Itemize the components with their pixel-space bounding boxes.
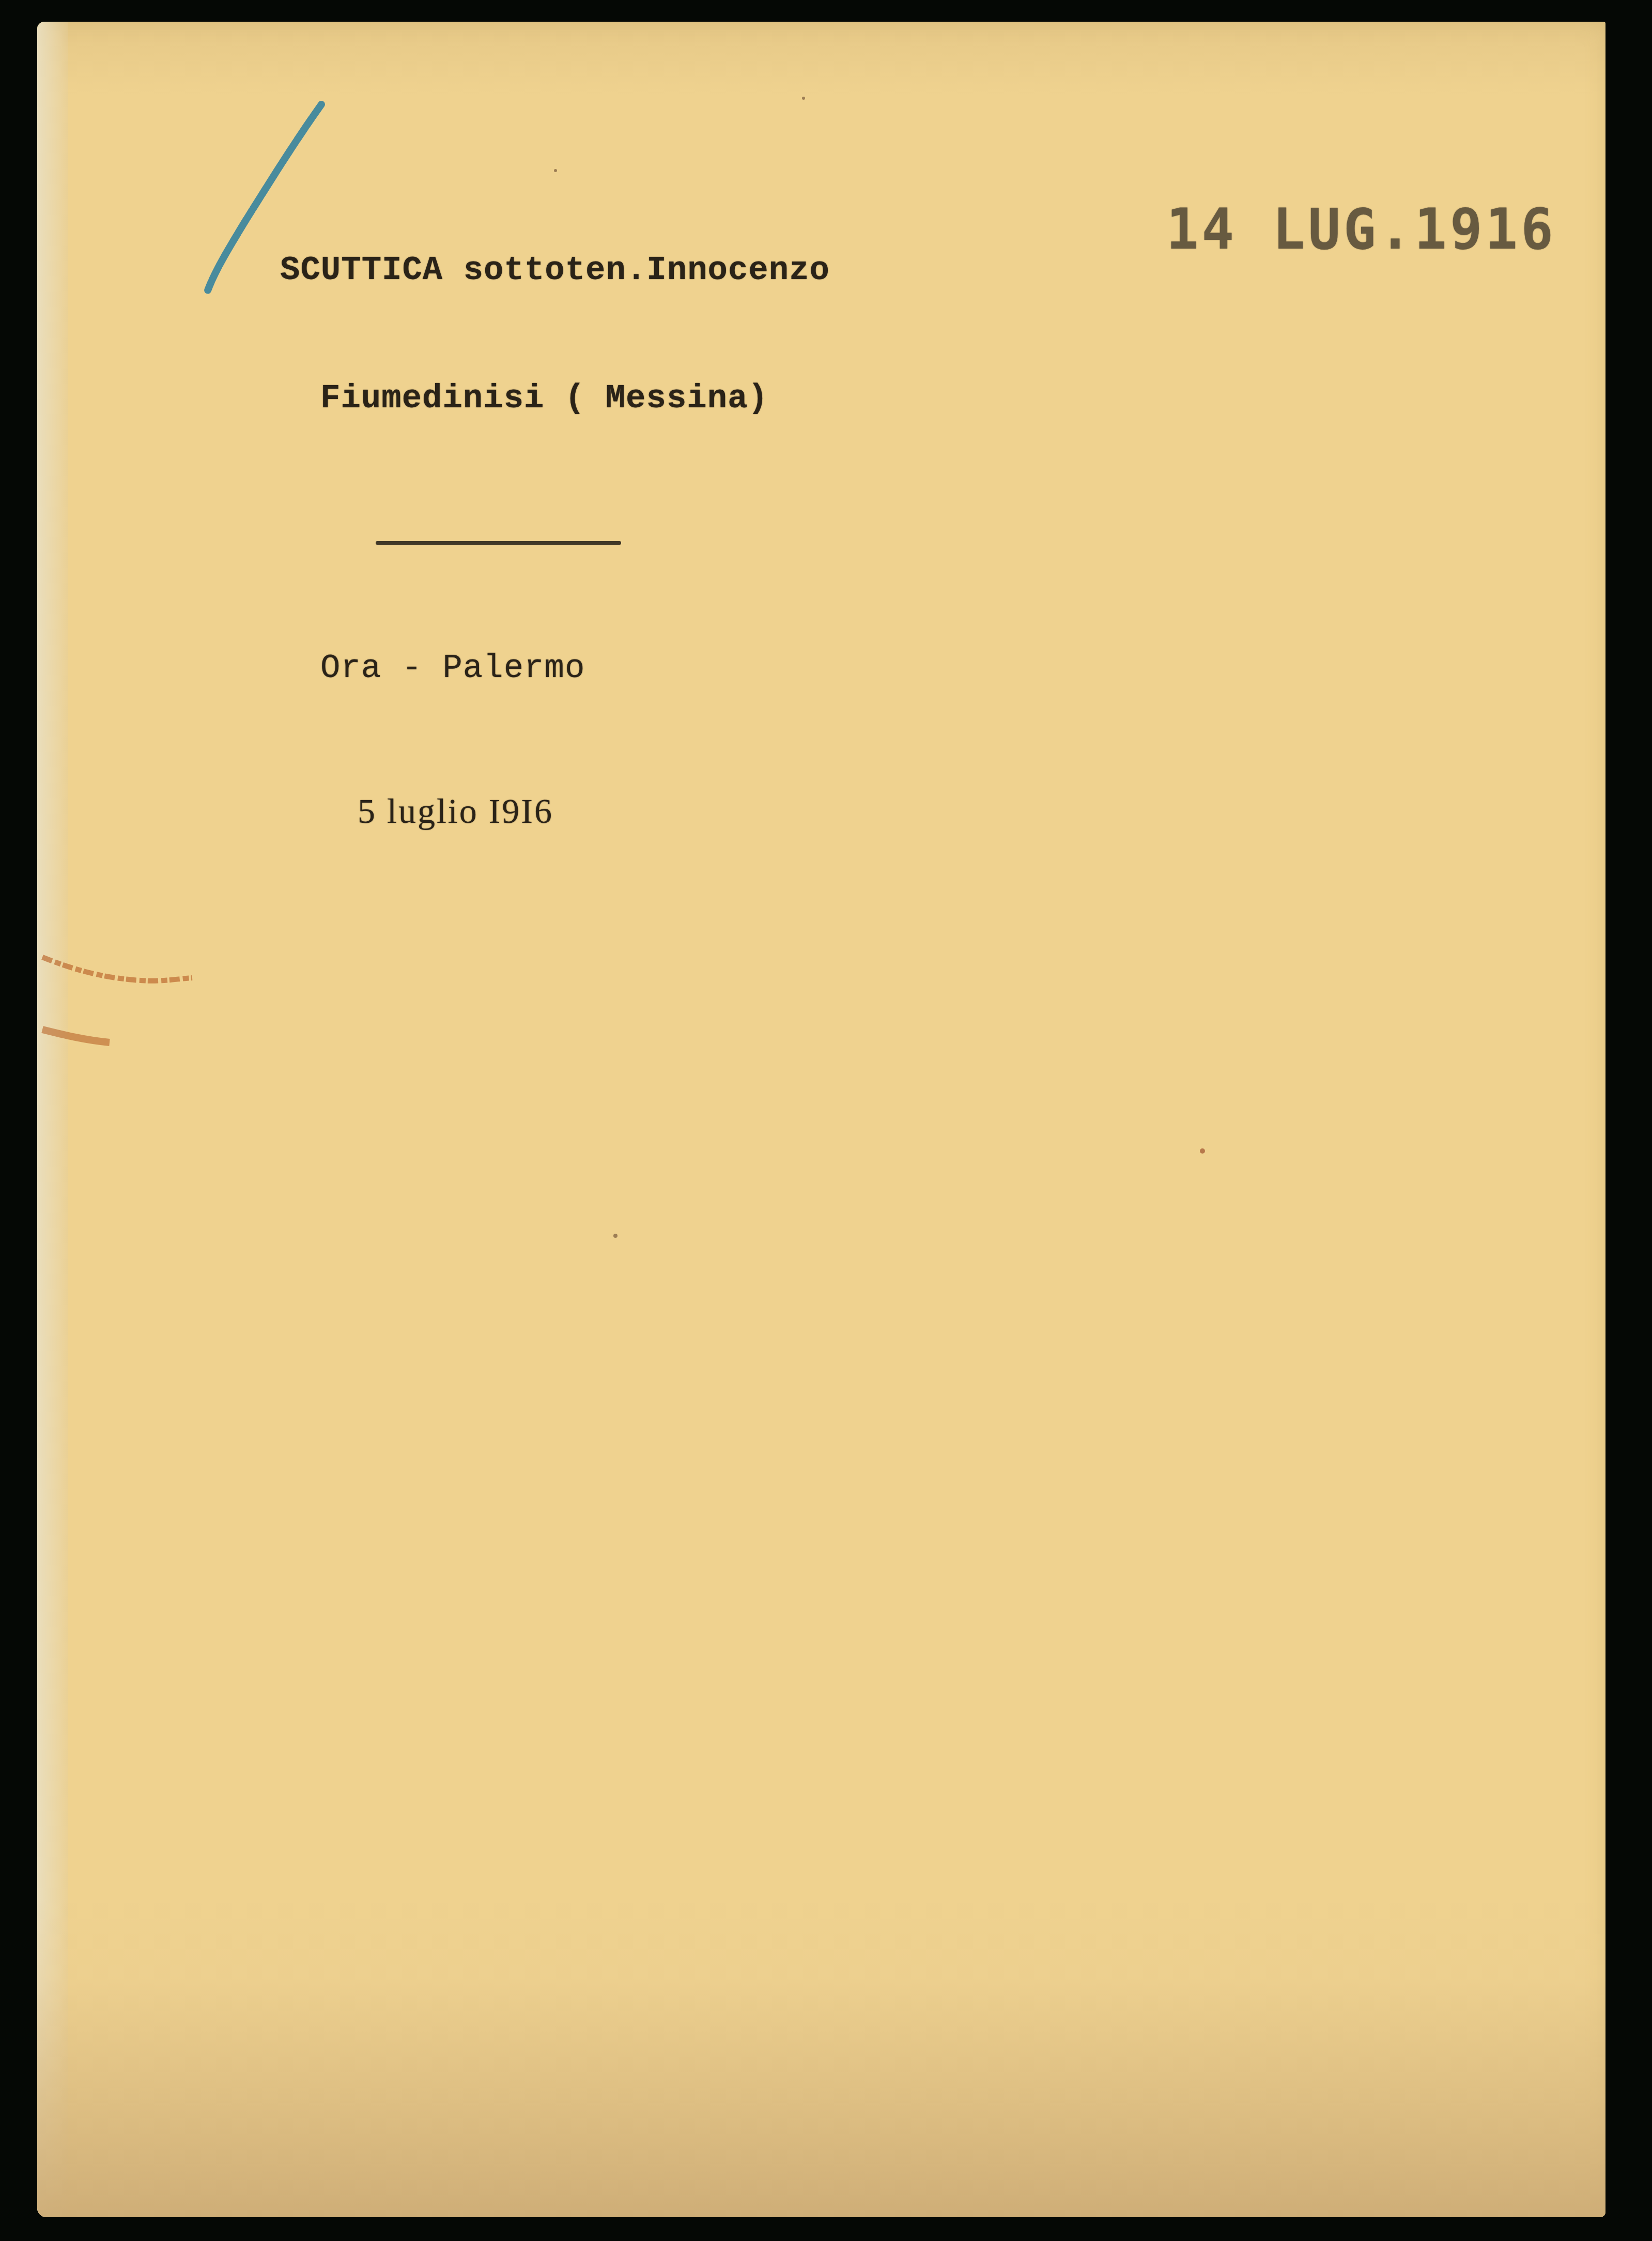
document-card: SCUTTICA sottoten.Innocenzo 14 LUG.1916 … [37,22,1605,2217]
current-location-line: Ora - Palermo [320,650,585,687]
separator-rule [376,541,621,545]
paper-speck [1200,1148,1205,1154]
rust-stain-icon [37,937,203,1061]
paper-speck [554,169,557,172]
origin-line: Fiumedinisi ( Messina) [320,380,768,418]
worn-edge [37,22,68,2217]
name-line: SCUTTICA sottoten.Innocenzo [280,252,830,289]
date-stamp: 14 LUG.1916 [1166,196,1556,262]
paper-speck [802,97,805,100]
paper-speck [613,1234,617,1238]
date-line: 5 luglio I9I6 [358,791,553,832]
